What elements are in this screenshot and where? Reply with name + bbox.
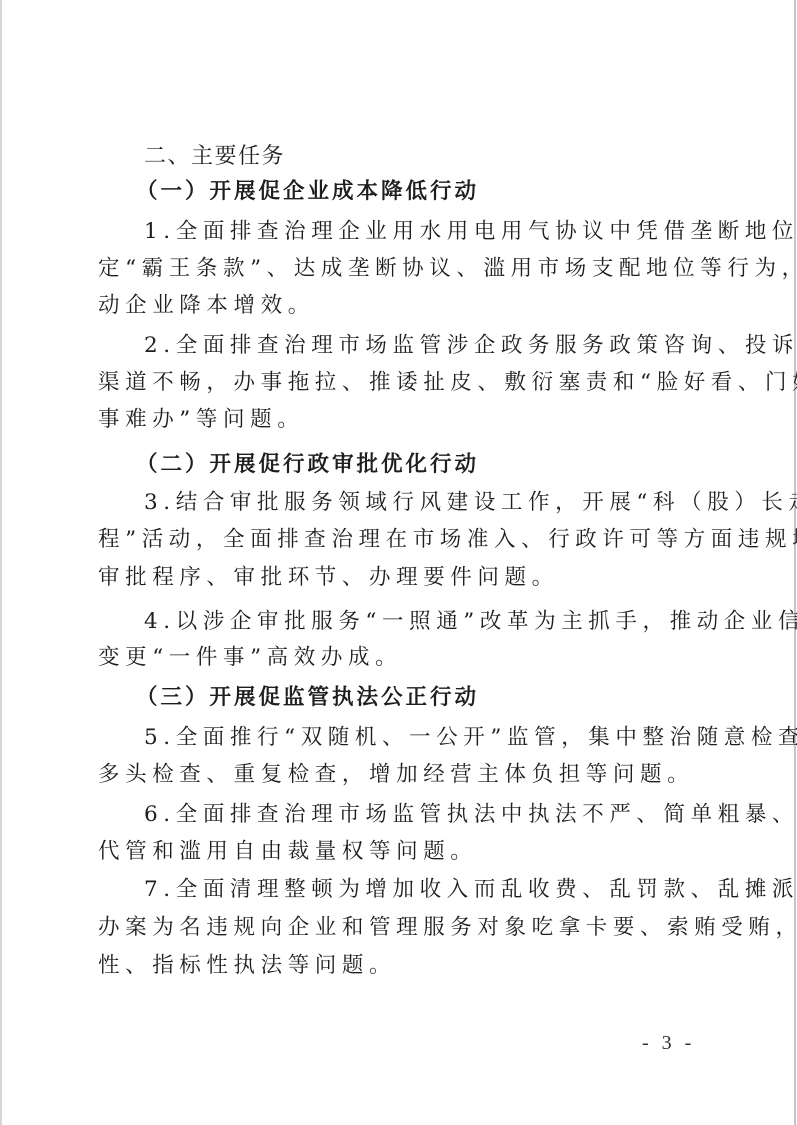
item-5-line-1: 5.全面推行“双随机、一公开”监管，集中整治随意检查、 (144, 723, 744, 753)
page-edge-left (0, 0, 2, 1125)
item-1-line-2: 定“霸王条款”、达成垄断协议、滥用市场支配地位等行为，推 (98, 254, 698, 284)
item-2-line-2: 渠道不畅，办事拖拉、推诿扯皮、敷衍塞责和“脸好看、门好进、 (98, 368, 698, 398)
item-1-line-1: 1.全面排查治理企业用水用电用气协议中凭借垄断地位制 (144, 217, 744, 247)
item-5-line-2: 多头检查、重复检查，增加经营主体负担等问题。 (98, 760, 698, 790)
item-6-line-1: 6.全面排查治理市场监管执法中执法不严、简单粗暴、以罚 (144, 800, 744, 830)
item-7-line-2: 办案为名违规向企业和管理服务对象吃拿卡要、索贿受贿，选择 (98, 913, 698, 943)
item-3-line-3: 审批程序、审批环节、办理要件问题。 (98, 563, 698, 593)
subsection-heading-2: （二）开展促行政审批优化行动 (136, 450, 736, 480)
item-2-line-3: 事难办”等问题。 (98, 405, 698, 435)
item-6-line-2: 代管和滥用自由裁量权等问题。 (98, 837, 698, 867)
item-4-line-1: 4.以涉企审批服务“一照通”改革为主抓手，推动企业信息 (144, 607, 744, 637)
item-7-line-3: 性、指标性执法等问题。 (98, 951, 698, 981)
item-1-line-3: 动企业降本增效。 (98, 291, 698, 321)
item-2-line-1: 2.全面排查治理市场监管涉企政务服务政策咨询、投诉举报 (144, 331, 744, 361)
subsection-heading-3: （三）开展促监管执法公正行动 (136, 683, 736, 713)
page-number: - 3 - (642, 1032, 695, 1055)
subsection-heading-1: （一）开展促企业成本降低行动 (136, 177, 736, 207)
page-edge-right (794, 0, 796, 1125)
item-7-line-1: 7.全面清理整顿为增加收入而乱收费、乱罚款、乱摊派，以 (144, 875, 744, 905)
section-title: 二、主要任务 (144, 142, 744, 172)
item-3-line-2: 程”活动，全面排查治理在市场准入、行政许可等方面违规增设 (98, 525, 698, 555)
item-3-line-1: 3.结合审批服务领域行风建设工作，开展“科（股）长走流 (144, 488, 744, 518)
item-4-line-2: 变更“一件事”高效办成。 (98, 643, 698, 673)
